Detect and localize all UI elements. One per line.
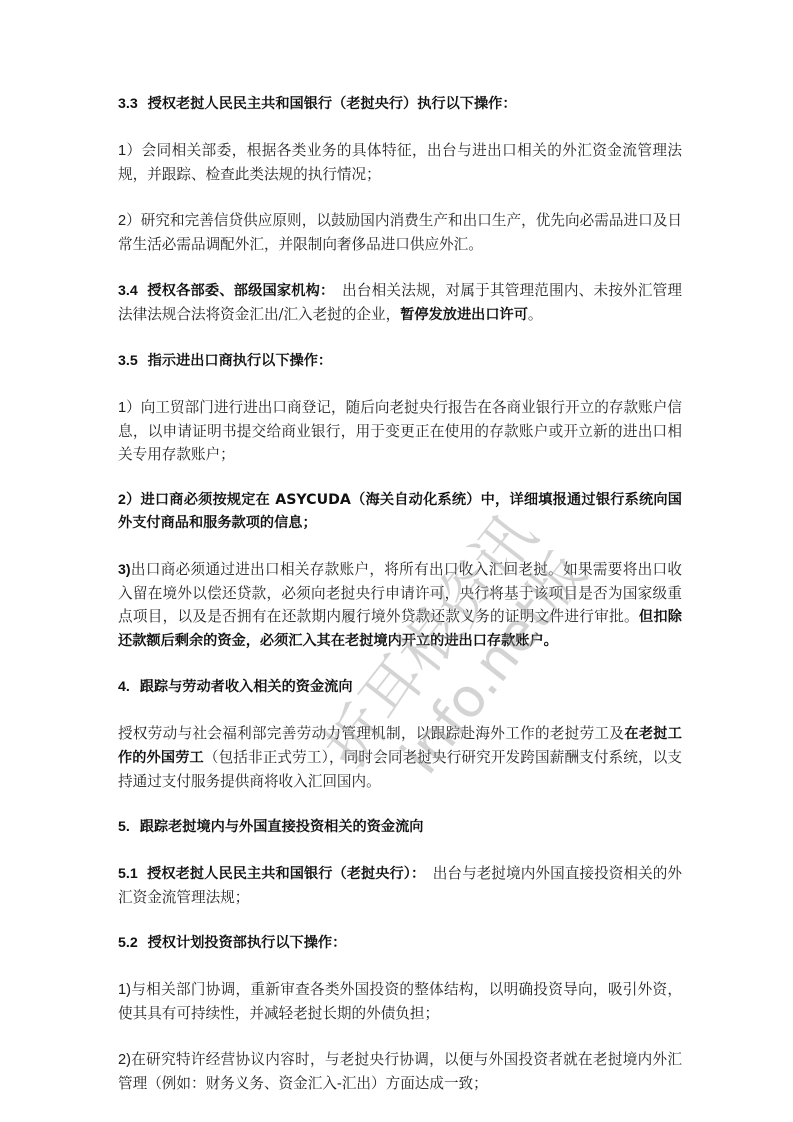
paragraph-3-4: 3.4 授权各部委、部级国家机构： 出台相关法规，对属于其管理范围内、未按外汇管… [118, 279, 682, 327]
paragraph-4: 授权劳动与社会福利部完善劳动力管理机制，以跟踪赴海外工作的老挝劳工及在老挝工作的… [118, 722, 682, 793]
paragraph-3-5-3: 3)出口商必须通过进出口相关存款账户，将所有出口收入汇回老挝。如果需要将出口收入… [118, 558, 682, 653]
heading-4: 4. 跟踪与劳动者收入相关的资金流向 [118, 676, 682, 699]
paragraph-3-5-1: 1）向工贸部门进行进出口商登记，随后向老挝央行报告在各商业银行开立的存款账户信息… [118, 396, 682, 466]
document-page: 3.3 授权老挝人民民主共和国银行（老挝央行）执行以下操作： 1）会同相关部委，… [118, 93, 682, 1118]
heading-5: 5. 跟踪老挝境内与外国直接投资相关的资金流向 [118, 816, 682, 839]
heading-3-5: 3.5 指示进出口商执行以下操作： [118, 350, 682, 373]
paragraph-5-2-2: 2)在研究特许经营协议内容时，与老挝央行协调，以便与外国投资者就在老挝境内外汇管… [118, 1048, 682, 1095]
paragraph-3-5-2: 2）进口商必须按规定在 ASYCUDA（海关自动化系统）中，详细填报通过银行系统… [118, 489, 682, 535]
heading-5-2: 5.2 授权计划投资部执行以下操作： [118, 932, 682, 955]
paragraph-5-2-1: 1)与相关部门协调，重新审查各类外国投资的整体结构，以明确投资导向，吸引外资，使… [118, 978, 682, 1025]
heading-3-3: 3.3 授权老挝人民民主共和国银行（老挝央行）执行以下操作： [118, 93, 682, 116]
paragraph-3-3-1: 1）会同相关部委，根据各类业务的具体特征，出台与进出口相关的外汇资金流管理法规，… [118, 139, 682, 186]
paragraph-3-3-2: 2）研究和完善信贷供应原则，以鼓励国内消费生产和出口生产，优先向必需品进口及日常… [118, 209, 682, 256]
paragraph-5-1: 5.1 授权老挝人民民主共和国银行（老挝央行）： 出台与老挝境内外国直接投资相关… [118, 862, 682, 909]
